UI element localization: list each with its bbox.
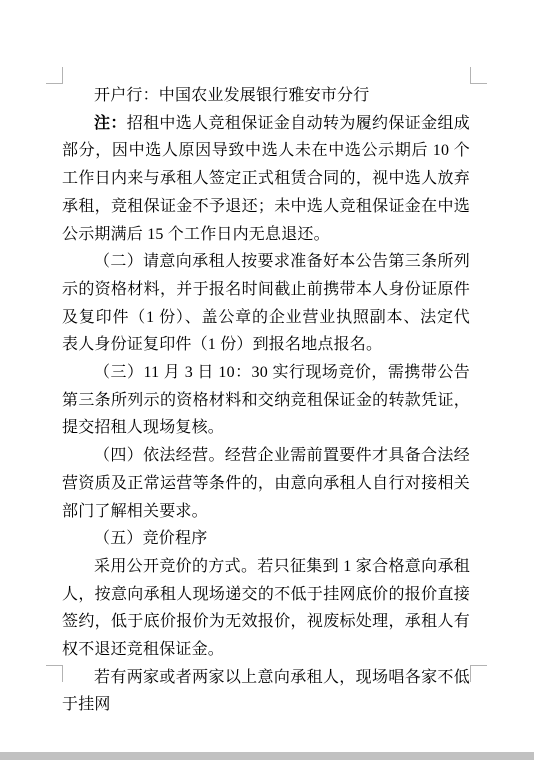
note-label: 注： <box>94 115 127 132</box>
paragraph-note: 注：招租中选人竞租保证金自动转为履约保证金组成部分，因中选人原因导致中选人未在中… <box>62 110 470 249</box>
document-text-block: 开户行：中国农业发展银行雅安市分行 注：招租中选人竞租保证金自动转为履约保证金组… <box>62 82 470 719</box>
paragraph-item-3: （三）11 月 3 日 10：30 实行现场竞价，需携带公告第三条所列示的资格材… <box>62 359 470 442</box>
text-boundary-mark-top-left <box>46 67 63 84</box>
paragraph-item-4: （四）依法经营。经营企业需前置要件才具备合法经营资质及正常运营等条件的，由意向承… <box>62 442 470 525</box>
paragraph-item-2: （二）请意向承租人按要求准备好本公告第三条所列示的资格材料，并于报名时间截止前携… <box>62 248 470 359</box>
paragraph-item-5-heading: （五）竞价程序 <box>62 525 470 553</box>
note-text: 招租中选人竞租保证金自动转为履约保证金组成部分，因中选人原因导致中选人未在中选公… <box>62 115 470 243</box>
paragraph-bank-line: 开户行：中国农业发展银行雅安市分行 <box>62 82 470 110</box>
paragraph-bidding-procedure-1: 采用公开竞价的方式。若只征集到 1 家合格意向承租人，按意向承租人现场递交的不低… <box>62 553 470 664</box>
paragraph-bidding-procedure-2: 若有两家或者两家以上意向承租人，现场唱各家不低于挂网 <box>62 664 470 719</box>
text-boundary-mark-top-right <box>470 67 487 84</box>
text-boundary-mark-bottom-left <box>46 665 63 682</box>
viewer-bottom-strip <box>0 752 534 760</box>
document-page[interactable]: 开户行：中国农业发展银行雅安市分行 注：招租中选人竞租保证金自动转为履约保证金组… <box>0 0 534 760</box>
text-boundary-mark-bottom-right <box>470 665 487 682</box>
